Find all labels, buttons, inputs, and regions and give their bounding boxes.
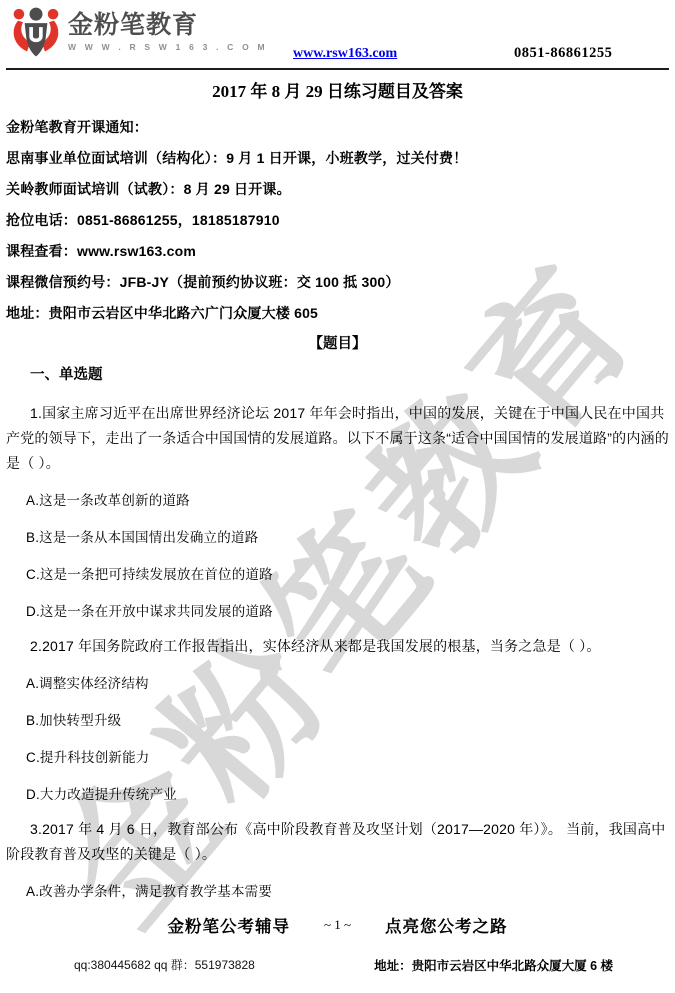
question-3-text: 3.2017 年 4 月 6 日，教育部公布《高中阶段教育普及攻坚计划（2017… (6, 817, 669, 867)
question-1-option-a: A.这是一条改革创新的道路 (6, 488, 669, 513)
notice-line: 地址：贵阳市云岩区中华北路六广门众厦大楼 605 (6, 298, 669, 329)
question-2-option-d: D.大力改造提升传统产业 (6, 782, 669, 807)
question-2-option-c: C.提升科技创新能力 (6, 745, 669, 770)
footer-bottom: qq:380445682 qq 群：551973828 地址：贵阳市云岩区中华北… (0, 956, 675, 974)
footer-qq-contacts: qq:380445682 qq 群：551973828 (74, 956, 255, 974)
brand-logo: 金粉笔教育 W W W . R S W 1 6 3 . C O M (10, 4, 268, 60)
brand-logo-text: 金粉笔教育 W W W . R S W 1 6 3 . C O M (68, 12, 268, 53)
question-2-option-a: A.调整实体经济结构 (6, 671, 669, 696)
page-title: 2017 年 8 月 29 日练习题目及答案 (6, 82, 669, 102)
question-2-text: 2.2017 年国务院政府工作报告指出，实体经济从来都是我国发展的根基，当务之急… (6, 634, 669, 659)
notice-line: 关岭教师面试培训（试教）：8 月 29 日开课。 (6, 174, 669, 205)
notice-line: 课程微信预约号：JFB-JY（提前预约协议班：交 100 抵 300） (6, 267, 669, 298)
brand-logo-icon (10, 4, 62, 60)
brand-name: 金粉笔教育 (68, 12, 268, 40)
phone-number: 0851-86861255 (514, 45, 612, 62)
notice-line: 思南事业单位面试培训（结构化）：9 月 1 日开课，小班教学，过关付费！ (6, 143, 669, 174)
footer-main: 金粉笔公考辅导 ~ 1 ~ 点亮您公考之路 (0, 913, 675, 937)
notice-line: 金粉笔教育开课通知： (6, 112, 669, 143)
footer-slogan: 点亮您公考之路 (385, 913, 508, 937)
document-header: 金粉笔教育 W W W . R S W 1 6 3 . C O M www.rs… (6, 0, 669, 70)
document-page: 金粉笔教育 金粉笔教育 W W W . R S W 1 6 3 . C O M (0, 0, 675, 993)
question-2-option-b: B.加快转型升级 (6, 708, 669, 733)
question-type-heading: 一、单选题 (6, 360, 669, 391)
brand-site-url: W W W . R S W 1 6 3 . C O M (68, 42, 268, 52)
question-1-option-b: B.这是一条从本国国情出发确立的道路 (6, 525, 669, 550)
footer-brand: 金粉笔公考辅导 (167, 913, 290, 937)
question-3-option-a: A.改善办学条件，满足教育教学基本需要 (6, 879, 669, 904)
question-1-option-c: C.这是一条把可持续发展放在首位的道路 (6, 562, 669, 587)
website-link[interactable]: www.rsw163.com (293, 46, 397, 62)
question-1-text: 1.国家主席习近平在出席世界经济论坛 2017 年年会时指出，中国的发展，关键在… (6, 401, 669, 476)
page-number: ~ 1 ~ (324, 917, 351, 933)
footer-address: 地址：贵阳市云岩区中华北路众厦大厦 6 楼 (374, 956, 613, 974)
notice-line: 课程查看：www.rsw163.com (6, 236, 669, 267)
notice-line: 抢位电话：0851-86861255，18185187910 (6, 205, 669, 236)
section-label: 【题目】 (6, 329, 669, 360)
question-1-option-d: D.这是一条在开放中谋求共同发展的道路 (6, 599, 669, 624)
